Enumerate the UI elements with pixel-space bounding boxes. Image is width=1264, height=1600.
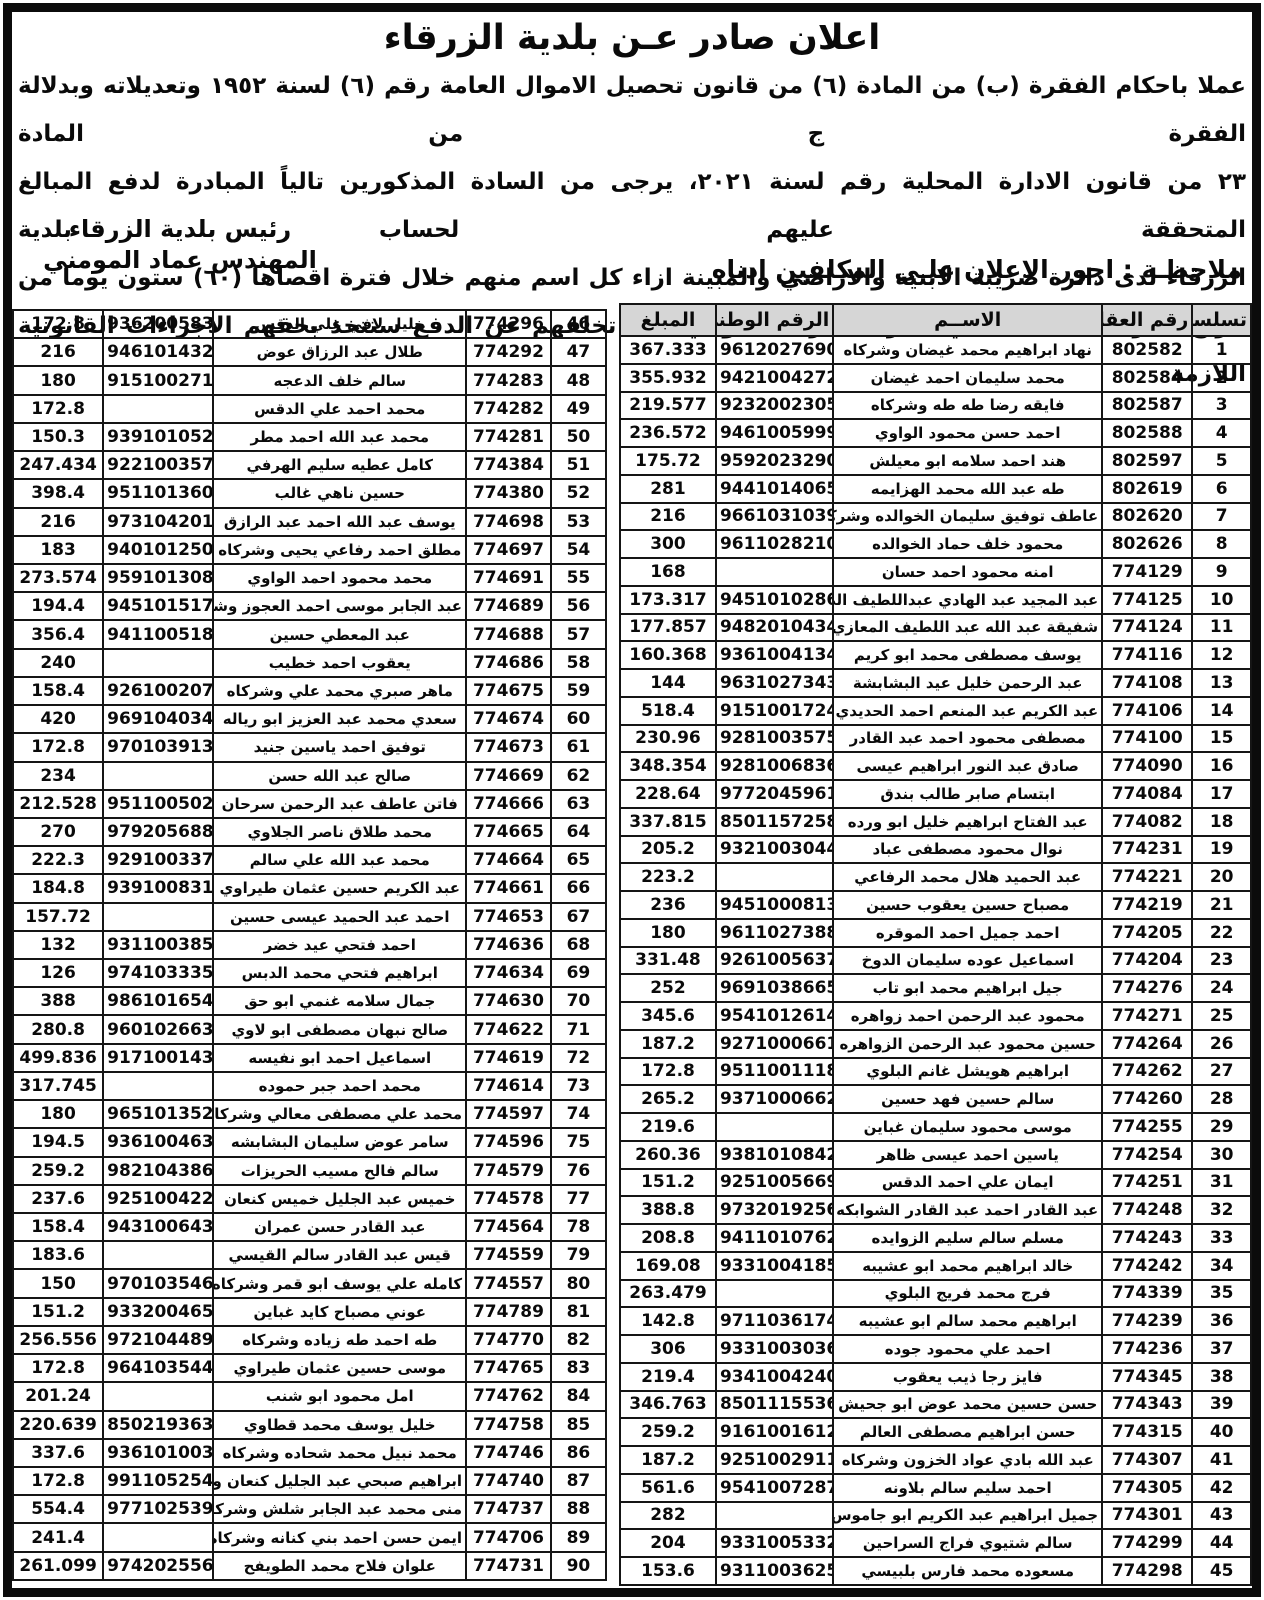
name-cell: حسين ناهي غالب [213,479,466,507]
name-cell: جيل ابراهيم محمد ابو تاب [833,974,1102,1002]
amount-cell: 132 [13,931,103,959]
name-cell: جمال سلامه غنمي ابو حق [213,987,466,1015]
property-number-cell: 774697 [466,536,551,564]
amount-cell: 398.4 [13,479,103,507]
serial-cell: 40 [1192,1418,1251,1446]
national-id-cell [103,649,213,677]
name-cell: كامل عطيه سليم الهرفي [213,451,466,479]
property-number-cell: 774271 [1102,1002,1192,1030]
name-cell: صادق عبد النور ابراهيم عيسى [833,752,1102,780]
property-number-cell: 774239 [1102,1307,1192,1335]
national-id-cell: 9591013089 [103,564,213,592]
amount-cell: 175.72 [620,447,716,475]
national-id-cell: 9311003625 [716,1557,833,1585]
national-id-cell: 9251005669 [716,1169,833,1197]
serial-cell: 5 [1192,447,1251,475]
serial-cell: 19 [1192,836,1251,864]
serial-cell: 89 [551,1523,606,1551]
table-row: 26774264حسين محمود عبد الرحمن الزواهره92… [620,1030,1251,1058]
national-id-cell: 9261005637 [716,947,833,975]
name-cell: فايقه رضا طه طه وشركاه [833,392,1102,420]
serial-cell: 6 [1192,475,1251,503]
amount-cell: 223.2 [620,863,716,891]
serial-cell: 38 [1192,1363,1251,1391]
property-number-cell: 802584 [1102,364,1192,392]
national-id-cell: 9772045961 [716,780,833,808]
national-id-cell: 9541007287 [716,1474,833,1502]
national-id-cell: 9451010286 [716,586,833,614]
name-cell: سالم حسين فهد حسين [833,1085,1102,1113]
property-number-cell: 774090 [1102,752,1192,780]
amount-cell: 172.8 [13,1354,103,1382]
table-row: 87774740ابراهيم صبحي عبد الجليل كنعان وش… [13,1467,606,1495]
table-row: 84774762امل محمود ابو شنب201.24 [13,1382,606,1410]
amount-cell: 356.4 [13,620,103,648]
amount-cell: 150.3 [13,423,103,451]
serial-cell: 58 [551,649,606,677]
national-id-cell: 9451000813 [716,891,833,919]
serial-cell: 63 [551,790,606,818]
serial-cell: 52 [551,479,606,507]
table-row: 15774100مصطفى محمود احمد عبد القادر92810… [620,725,1251,753]
amount-cell: 208.8 [620,1224,716,1252]
table-row: 25774271محمود عبد الرحمن احمد زواهره9541… [620,1002,1251,1030]
table-row: 52774380حسين ناهي غالب9511013607398.4 [13,479,606,507]
note-line: ملاحظـة : اجور الاعلان علـى المكلفين ادن… [712,255,1242,284]
name-cell: ايمن حسن احمد بني كنانه وشركاه [213,1523,466,1551]
table-row: 27774262ابراهيم هويشل غانم البلوي9511001… [620,1058,1251,1086]
name-cell: حسين محمود عبد الرحمن الزواهره [833,1030,1102,1058]
amount-cell: 168 [620,558,716,586]
serial-cell: 59 [551,677,606,705]
table-row: 61774673توفيق احمد ياسين جنيد97010391371… [13,733,606,761]
table-row: 73774614محمد احمد جبر حموده317.745 [13,1072,606,1100]
serial-cell: 54 [551,536,606,564]
name-cell: محمد احمد علي الدقس [213,395,466,423]
table-row: 6802619طه عبد الله محمد الهزايمه94410140… [620,475,1251,503]
name-cell: مسعوده محمد فارس بلبيسي [833,1557,1102,1585]
national-id-cell: 9221003572 [103,451,213,479]
amount-cell: 234 [13,762,103,790]
table-row: 35774339فرج محمد فريج البلوي263.479 [620,1280,1251,1308]
serial-cell: 66 [551,874,606,902]
national-id-cell [716,558,833,586]
property-number-cell: 774762 [466,1382,551,1410]
name-cell: ابراهيم هويشل غانم البلوي [833,1058,1102,1086]
amount-cell: 172.8 [620,1058,716,1086]
serial-cell: 69 [551,959,606,987]
serial-cell: 49 [551,395,606,423]
property-number-cell: 774243 [1102,1224,1192,1252]
national-id-cell: 9321003044 [716,836,833,864]
amount-cell: 194.5 [13,1128,103,1156]
property-number-cell: 774689 [466,592,551,620]
serial-cell: 73 [551,1072,606,1100]
property-number-cell: 802582 [1102,336,1192,364]
table-row: 85774758خليل يوسف محمد قطاوي850219363422… [13,1411,606,1439]
amount-cell: 337.6 [13,1439,103,1467]
serial-cell: 88 [551,1495,606,1523]
property-number-cell: 774737 [466,1495,551,1523]
name-cell: ايمان علي احمد الدقس [833,1169,1102,1197]
name-cell: محمد سليمان احمد غيضان [833,364,1102,392]
name-cell: علوان فلاح محمد الطويفح [213,1552,466,1580]
table-row: 18774082عبد الفتاح ابراهيم خليل ابو ورده… [620,808,1251,836]
amount-cell: 144 [620,669,716,697]
amount-cell: 219.577 [620,392,716,420]
national-id-cell: 9611027388 [716,919,833,947]
signature-title: رئيس بلدية الزرقاء [30,214,330,245]
name-cell: احمد حسن محمود الواوي [833,419,1102,447]
table-row: 45774298مسعوده محمد فارس بلبيسي931100362… [620,1557,1251,1585]
name-cell: فرج محمد فريج البلوي [833,1280,1102,1308]
national-id-cell: 9511013607 [103,479,213,507]
table-row: 4802588احمد حسن محمود الواوي946100599923… [620,419,1251,447]
serial-cell: 65 [551,846,606,874]
serial-cell: 60 [551,705,606,733]
property-number-cell: 774664 [466,846,551,874]
national-id-cell: 9332004651 [103,1298,213,1326]
property-number-cell: 774276 [1102,974,1192,1002]
serial-cell: 55 [551,564,606,592]
table-row: 67774653احمد عبد الحميد عيسى حسين157.72 [13,903,606,931]
national-id-cell: 9631027343 [716,669,833,697]
property-number-cell: 774305 [1102,1474,1192,1502]
amount-cell: 499.836 [13,1044,103,1072]
national-id-cell: 9701039137 [103,733,213,761]
name-cell: ابراهيم محمد سالم ابو عشيبه [833,1307,1102,1335]
national-id-cell: 9151001724 [716,697,833,725]
serial-cell: 42 [1192,1474,1251,1502]
name-cell: مسلم سالم سليم الزوايده [833,1224,1102,1252]
national-id-cell: 9541012614 [716,1002,833,1030]
national-id-cell: 9601026635 [103,1015,213,1043]
name-cell: خميس عبد الجليل خميس كنعان [213,1185,466,1213]
amount-cell: 355.932 [620,364,716,392]
amount-cell: 184.8 [13,874,103,902]
name-cell: محمد محمود احمد الواوي [213,564,466,592]
serial-cell: 56 [551,592,606,620]
serial-cell: 35 [1192,1280,1251,1308]
serial-cell: 4 [1192,419,1251,447]
property-number-cell: 774343 [1102,1391,1192,1419]
name-cell: عبد المعطي حسين [213,620,466,648]
property-number-cell: 774619 [466,1044,551,1072]
table-row: 90774731علوان فلاح محمد الطويفح974202556… [13,1552,606,1580]
name-cell: عبد الكريم عبد المنعم احمد الحديدي [833,697,1102,725]
national-id-cell: 9261002072 [103,677,213,705]
serial-cell: 39 [1192,1391,1251,1419]
serial-cell: 57 [551,620,606,648]
name-cell: عبد القادر حسن عمران [213,1213,466,1241]
serial-cell: 23 [1192,947,1251,975]
name-cell: احمد فتحي عيد خضر [213,931,466,959]
name-cell: سالم خلف الدعجه [213,366,466,394]
name-cell: محمد علي مصطفى معالي وشركاه [213,1100,466,1128]
property-number-cell: 774564 [466,1213,551,1241]
national-id-cell: 9451015176 [103,592,213,620]
property-number-cell: 774578 [466,1185,551,1213]
national-id-cell: 9311003859 [103,931,213,959]
national-id-cell: 9391008319 [103,874,213,902]
col-header-name: الاســم [833,304,1102,336]
amount-cell: 187.2 [620,1446,716,1474]
table-row: 56774689عبد الجابر موسى احمد العجوز وشرك… [13,592,606,620]
property-number-cell: 774260 [1102,1085,1192,1113]
property-number-cell: 802597 [1102,447,1192,475]
table-row: 81774789عوني مصباح كايد غباين93320046511… [13,1298,606,1326]
amount-cell: 177.857 [620,614,716,642]
amount-cell: 180 [620,919,716,947]
table-row: 83774765موسى حسين عثمان طيراوي9641035441… [13,1354,606,1382]
amount-cell: 282 [620,1502,716,1530]
national-id-cell: 9731042016 [103,508,213,536]
serial-cell: 80 [551,1269,606,1297]
table-row: 80774557كامله علي يوسف ابو قمر وشركاه970… [13,1269,606,1297]
serial-cell: 25 [1192,1002,1251,1030]
amount-cell: 281 [620,475,716,503]
serial-cell: 71 [551,1015,606,1043]
amount-cell: 172.8 [13,395,103,423]
national-id-cell: 9771025398 [103,1495,213,1523]
name-cell: نهاد ابراهيم محمد غيضان وشركاه [833,336,1102,364]
national-id-cell: 9732019256 [716,1196,833,1224]
serial-cell: 27 [1192,1058,1251,1086]
national-id-cell: 9411005181 [103,620,213,648]
page-title: اعلان صادر عـن بلدية الزرقاء [12,18,1252,58]
national-id-cell [103,1382,213,1410]
name-cell: موسى محمود سليمان غباين [833,1113,1102,1141]
serial-cell: 84 [551,1382,606,1410]
property-number-cell: 774251 [1102,1169,1192,1197]
table-row: 5802597هند احمد سلامه ابو معيلش959202329… [620,447,1251,475]
property-number-cell: 774204 [1102,947,1192,975]
amount-cell: 236.572 [620,419,716,447]
property-number-cell: 774124 [1102,614,1192,642]
name-cell: خليل لافي علي الدقس [213,310,466,338]
serial-cell: 9 [1192,558,1251,586]
name-cell: عبد القادر احمد عبد القادر الشوابكه [833,1196,1102,1224]
table-row: 36774239ابراهيم محمد سالم ابو عشيبه97110… [620,1307,1251,1335]
property-number-cell: 774254 [1102,1141,1192,1169]
amount-cell: 554.4 [13,1495,103,1523]
table-row: 23774204اسماعيل عوده سليمان الدوخ9261005… [620,947,1251,975]
name-cell: احمد سليم سالم بلاونه [833,1474,1102,1502]
name-cell: طه احمد طه زياده وشركاه [213,1326,466,1354]
property-number-cell: 774661 [466,874,551,902]
amount-cell: 220.639 [13,1411,103,1439]
serial-cell: 24 [1192,974,1251,1002]
amount-cell: 228.64 [620,780,716,808]
property-number-cell: 774706 [466,1523,551,1551]
table-row: 54774697مطلق احمد رفاعي يحيى وشركاه94010… [13,536,606,564]
property-number-cell: 774666 [466,790,551,818]
serial-cell: 53 [551,508,606,536]
name-cell: سامر عوض سليمان البشابشه [213,1128,466,1156]
amount-cell: 345.6 [620,1002,716,1030]
national-id-cell [103,762,213,790]
col-header-amount: المبلغ [620,304,716,336]
property-number-cell: 774380 [466,479,551,507]
property-number-cell: 774669 [466,762,551,790]
name-cell: صالح عبد الله حسن [213,762,466,790]
table-row: 29774255موسى محمود سليمان غباين219.6 [620,1113,1251,1141]
national-id-cell: 9421004272 [716,364,833,392]
table-row: 44774299سالم شتيوي فراج السراحين93310053… [620,1529,1251,1557]
serial-cell: 37 [1192,1335,1251,1363]
property-number-cell: 774746 [466,1439,551,1467]
national-id-cell: 9861016546 [103,987,213,1015]
serial-cell: 15 [1192,725,1251,753]
national-id-cell: 9281003575 [716,725,833,753]
name-cell: يوسف مصطفى محمد ابو كريم [833,641,1102,669]
serial-cell: 1 [1192,336,1251,364]
col-header-national-id: الرقم الوطني [716,304,833,336]
national-id-cell: 9792056887 [103,818,213,846]
name-cell: قيس عبد القادر سالم القيسي [213,1241,466,1269]
property-number-cell: 774307 [1102,1446,1192,1474]
property-number-cell: 774100 [1102,725,1192,753]
amount-cell: 212.528 [13,790,103,818]
serial-cell: 10 [1192,586,1251,614]
property-number-cell: 774264 [1102,1030,1192,1058]
table-row: 60774674سعدي محمد عبد العزيز ابو رياله96… [13,705,606,733]
amount-cell: 158.4 [13,1213,103,1241]
property-number-cell: 802620 [1102,503,1192,531]
amount-cell: 306 [620,1335,716,1363]
amount-cell: 205.2 [620,836,716,864]
national-id-cell: 9592023290 [716,447,833,475]
property-number-cell: 774698 [466,508,551,536]
name-cell: سالم شتيوي فراج السراحين [833,1529,1102,1557]
table-row: 65774664محمد عبد الله علي سالم9291003370… [13,846,606,874]
property-number-cell: 774758 [466,1411,551,1439]
table-row: 19774231نوال محمود مصطفى عباد93210030442… [620,836,1251,864]
table-row: 63774666فاتن عاطف عبد الرحمن سرحان951100… [13,790,606,818]
name-cell: احمد عبد الحميد عيسى حسين [213,903,466,931]
national-id-cell: 9691040344 [103,705,213,733]
amount-cell: 172.8 [13,310,103,338]
property-number-cell: 774262 [1102,1058,1192,1086]
property-number-cell: 774636 [466,931,551,959]
table-row: 77774578خميس عبد الجليل خميس كنعان925100… [13,1185,606,1213]
serial-cell: 2 [1192,364,1251,392]
amount-cell: 388.8 [620,1196,716,1224]
property-number-cell: 774614 [466,1072,551,1100]
table-row: 1802582نهاد ابراهيم محمد غيضان وشركاه961… [620,336,1251,364]
amount-cell: 236 [620,891,716,919]
amount-cell: 169.08 [620,1252,716,1280]
amount-cell: 157.72 [13,903,103,931]
name-cell: موسى حسين عثمان طيراوي [213,1354,466,1382]
amount-cell: 346.763 [620,1391,716,1419]
table-row: 47774292طلال عبد الرزاق عوض9461014324216 [13,338,606,366]
name-cell: ماهر صبري محمد علي وشركاه [213,677,466,705]
table-row: 7802620عاطف توفيق سليمان الخوالده وشركاه… [620,503,1251,531]
amount-cell: 187.2 [620,1030,716,1058]
national-id-cell: 9341004240 [716,1363,833,1391]
national-id-cell: 9611028210 [716,530,833,558]
signature-name: المهندس عماد المومني [30,245,330,276]
serial-cell: 87 [551,1467,606,1495]
debtors-table-rows-46-90: 46774296خليل لافي علي الدقس9362005836172… [12,309,607,1581]
serial-cell: 12 [1192,641,1251,669]
national-id-cell: 9291003370 [103,846,213,874]
property-number-cell: 774221 [1102,863,1192,891]
table-row: 33774243مسلم سالم سليم الزوايده941101076… [620,1224,1251,1252]
national-id-cell: 9331004185 [716,1252,833,1280]
table-row: 64774665محمد طلاق ناصر الجلاوي9792056887… [13,818,606,846]
national-id-cell: 9661031039 [716,503,833,531]
serial-cell: 33 [1192,1224,1251,1252]
property-number-cell: 774770 [466,1326,551,1354]
national-id-cell: 9251004228 [103,1185,213,1213]
property-number-cell: 774315 [1102,1418,1192,1446]
amount-cell: 259.2 [13,1157,103,1185]
property-number-cell: 774579 [466,1157,551,1185]
name-cell: عبد الله بادي عواد الخزون وشركاه [833,1446,1102,1474]
amount-cell: 263.479 [620,1280,716,1308]
serial-cell: 29 [1192,1113,1251,1141]
national-id-cell: 9511001118 [716,1058,833,1086]
property-number-cell: 774282 [466,395,551,423]
name-cell: امنه محمود احمد حسان [833,558,1102,586]
serial-cell: 74 [551,1100,606,1128]
table-row: 62774669صالح عبد الله حسن234 [13,762,606,790]
serial-cell: 72 [551,1044,606,1072]
property-number-cell: 774219 [1102,891,1192,919]
property-number-cell: 774283 [466,366,551,394]
name-cell: محمد احمد جبر حموده [213,1072,466,1100]
property-number-cell: 774596 [466,1128,551,1156]
amount-cell: 216 [13,338,103,366]
property-number-cell: 774296 [466,310,551,338]
serial-cell: 45 [1192,1557,1251,1585]
amount-cell: 151.2 [620,1169,716,1197]
name-cell: محمد طلاق ناصر الجلاوي [213,818,466,846]
national-id-cell [716,1502,833,1530]
table-row: 72774619اسماعيل احمد ابو نفيسه9171001436… [13,1044,606,1072]
name-cell: سعدي محمد عبد العزيز ابو رياله [213,705,466,733]
serial-cell: 61 [551,733,606,761]
amount-cell: 300 [620,530,716,558]
property-number-cell: 774688 [466,620,551,648]
property-number-cell: 774673 [466,733,551,761]
name-cell: عبد الكريم حسين عثمان طيراوي [213,874,466,902]
table-row: 68774636احمد فتحي عيد خضر9311003859132 [13,931,606,959]
name-cell: محمد نبيل محمد شحاده وشركاه [213,1439,466,1467]
name-cell: يوسف عبد الله احمد عبد الرازق [213,508,466,536]
property-number-cell: 774345 [1102,1363,1192,1391]
serial-cell: 11 [1192,614,1251,642]
property-number-cell: 774731 [466,1552,551,1580]
table-row: 57774688عبد المعطي حسين9411005181356.4 [13,620,606,648]
serial-cell: 8 [1192,530,1251,558]
national-id-cell: 9361004630 [103,1128,213,1156]
property-number-cell: 774084 [1102,780,1192,808]
table-row: 86774746محمد نبيل محمد شحاده وشركاه93610… [13,1439,606,1467]
serial-cell: 43 [1192,1502,1251,1530]
name-cell: مصباح حسين يعقوب حسين [833,891,1102,919]
amount-cell: 280.8 [13,1015,103,1043]
property-number-cell: 774106 [1102,697,1192,725]
table-row: 22774205احمد جميل احمد الموقره9611027388… [620,919,1251,947]
national-id-cell: 9251002911 [716,1446,833,1474]
amount-cell: 237.6 [13,1185,103,1213]
national-id-cell: 9171001436 [103,1044,213,1072]
table-row: 43774301جميل ابراهيم عبد الكريم ابو جامو… [620,1502,1251,1530]
table-row: 9774129امنه محمود احمد حسان168 [620,558,1251,586]
